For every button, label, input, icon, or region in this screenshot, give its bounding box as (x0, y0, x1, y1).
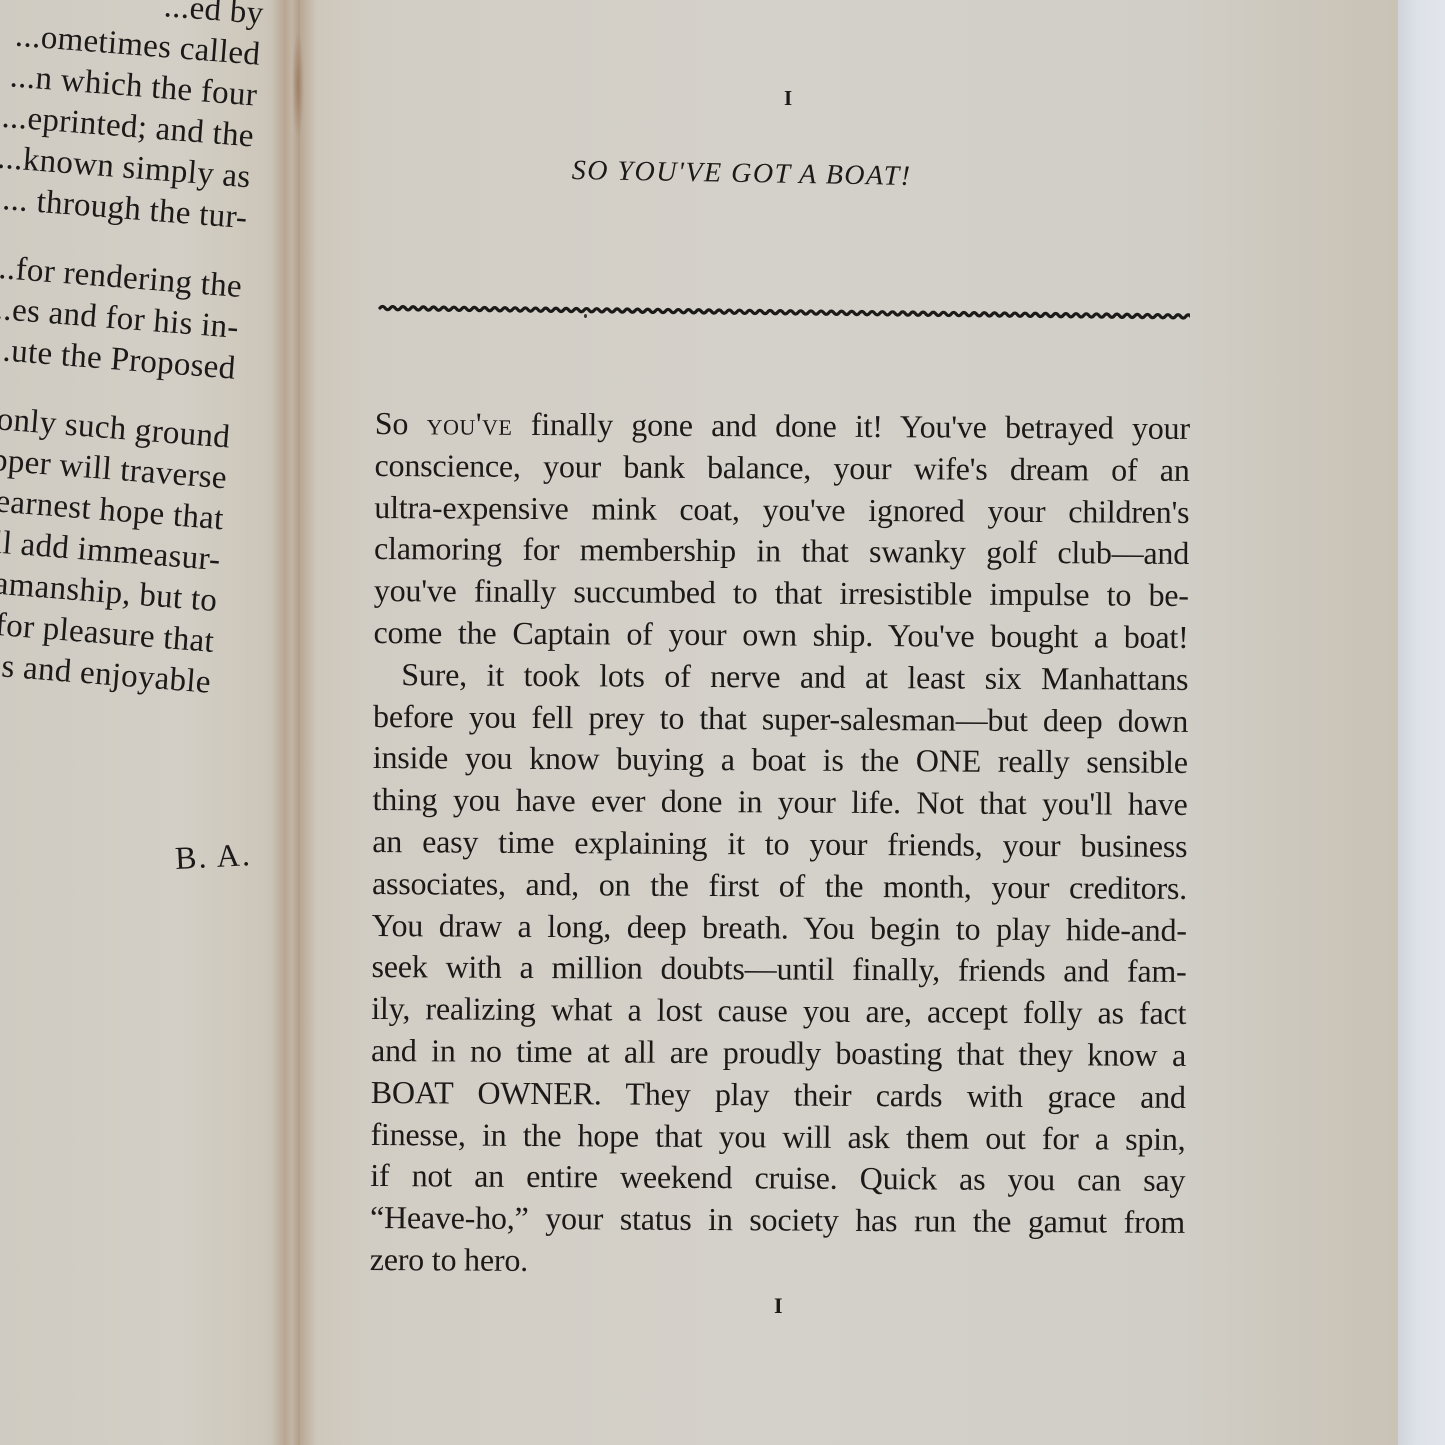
left-page: ...ed by ...ometimes called ...n which t… (0, 0, 300, 1445)
text-line: BOAT OWNER. They play their cards with g… (371, 1072, 1186, 1119)
text-line: Sure, it took lots of nerve and at least… (373, 654, 1188, 701)
left-page-text: ...ed by ...ometimes called ...n which t… (0, 0, 265, 704)
text-line: inside you know buying a boat is the ONE… (373, 737, 1188, 784)
text-line: zero to hero. (370, 1239, 1185, 1286)
text-line: So you've finally gone and done it! You'… (375, 403, 1190, 450)
chapter-body: So you've finally gone and done it! You'… (370, 403, 1190, 1286)
page-number: I (774, 1293, 783, 1319)
text-line: come the Captain of your own ship. You'v… (373, 612, 1188, 659)
text-line: You draw a long, deep breath. You begin … (372, 905, 1187, 952)
text-line: clamoring for membership in that swanky … (374, 528, 1189, 575)
opening-small-caps: you've (427, 405, 513, 442)
text-line: ily, realizing what a lost cause you are… (371, 988, 1186, 1035)
text-line: thing you have ever done in your life. N… (372, 779, 1187, 826)
text-line: ultra-expensive mink coat, you've ignore… (374, 487, 1189, 534)
text-line: an easy time explaining it to your frien… (372, 821, 1187, 868)
signature: B. A. (174, 836, 253, 877)
text-line: seek with a million doubts—until finally… (371, 946, 1186, 993)
text-line: “Heave-ho,” your status in society has r… (370, 1197, 1185, 1244)
text-line: conscience, your bank balance, your wife… (374, 445, 1189, 492)
book-gutter (272, 0, 316, 1445)
gutter-stain (292, 30, 304, 140)
opening-word: So (375, 405, 409, 441)
text-line: you've finally succumbed to that irresis… (374, 570, 1189, 617)
chapter-number: I (784, 86, 792, 111)
text-line: associates, and, on the first of the mon… (372, 863, 1187, 910)
text-line: before you fell prey to that super-sales… (373, 696, 1188, 743)
paper-speck (584, 314, 587, 318)
text-line: and in no time at all are proudly boasti… (371, 1030, 1186, 1077)
text-line: if not an entire weekend cruise. Quick a… (370, 1155, 1185, 1202)
text-span: finally gone and done it! You've betraye… (512, 406, 1190, 446)
background-surface (1398, 0, 1445, 1445)
text-line: finesse, in the hope that you will ask t… (370, 1114, 1185, 1161)
